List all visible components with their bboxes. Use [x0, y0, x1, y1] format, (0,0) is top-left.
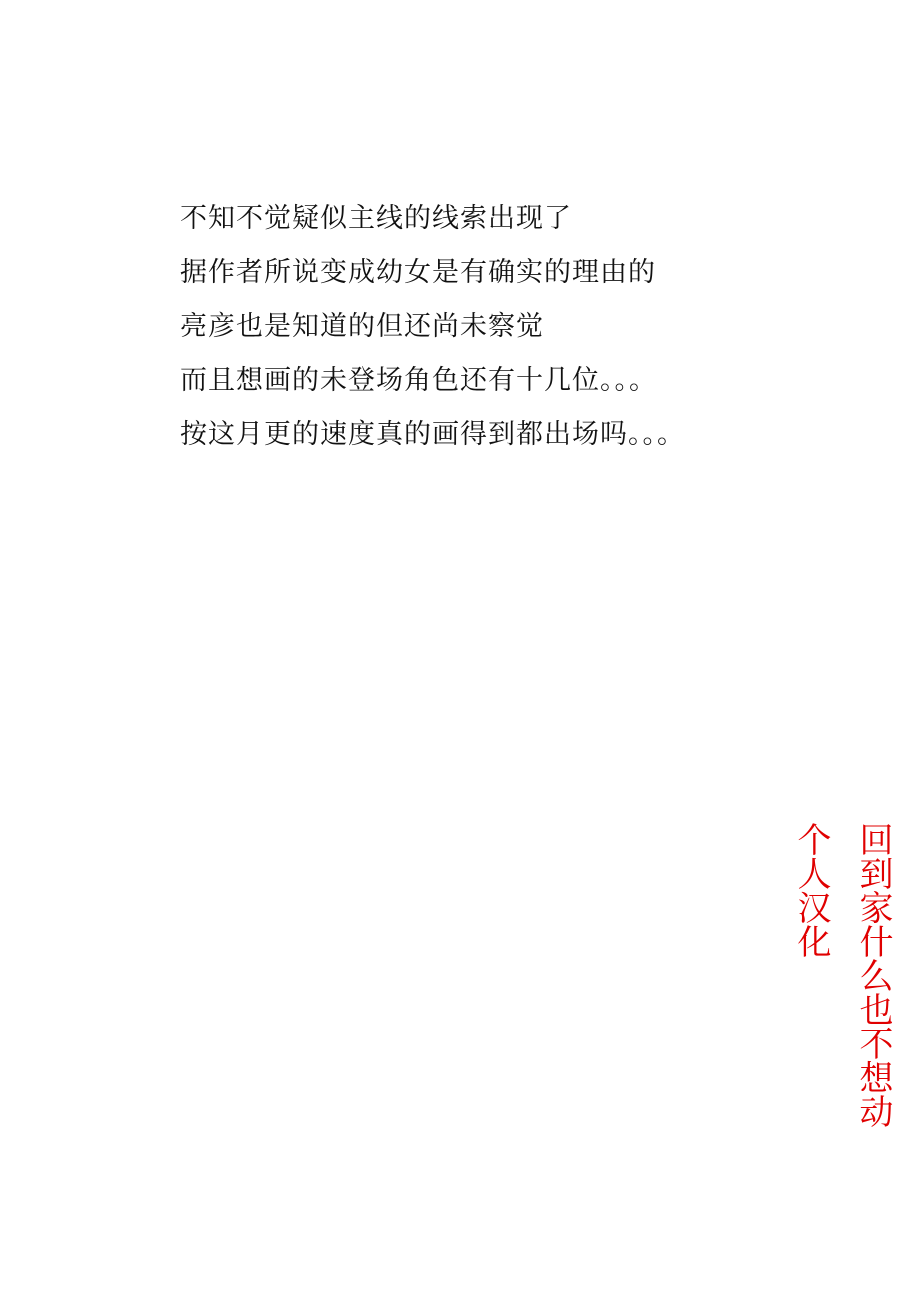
note-line: 按这月更的速度真的画得到都出场吗。。。 [180, 408, 685, 462]
note-line: 而且想画的未登场角色还有十几位。。。 [180, 354, 685, 408]
translator-note: 不知不觉疑似主线的线索出现了 据作者所说变成幼女是有确实的理由的 亮彦也是知道的… [180, 192, 685, 462]
note-line: 不知不觉疑似主线的线索出现了 [180, 192, 685, 246]
note-line: 据作者所说变成幼女是有确实的理由的 [180, 246, 685, 300]
note-line: 亮彦也是知道的但还尚未察觉 [180, 300, 685, 354]
credit-label: 个人汉化 [794, 822, 828, 958]
credit-group-name: 回到家什么也不想动 [856, 822, 890, 1128]
